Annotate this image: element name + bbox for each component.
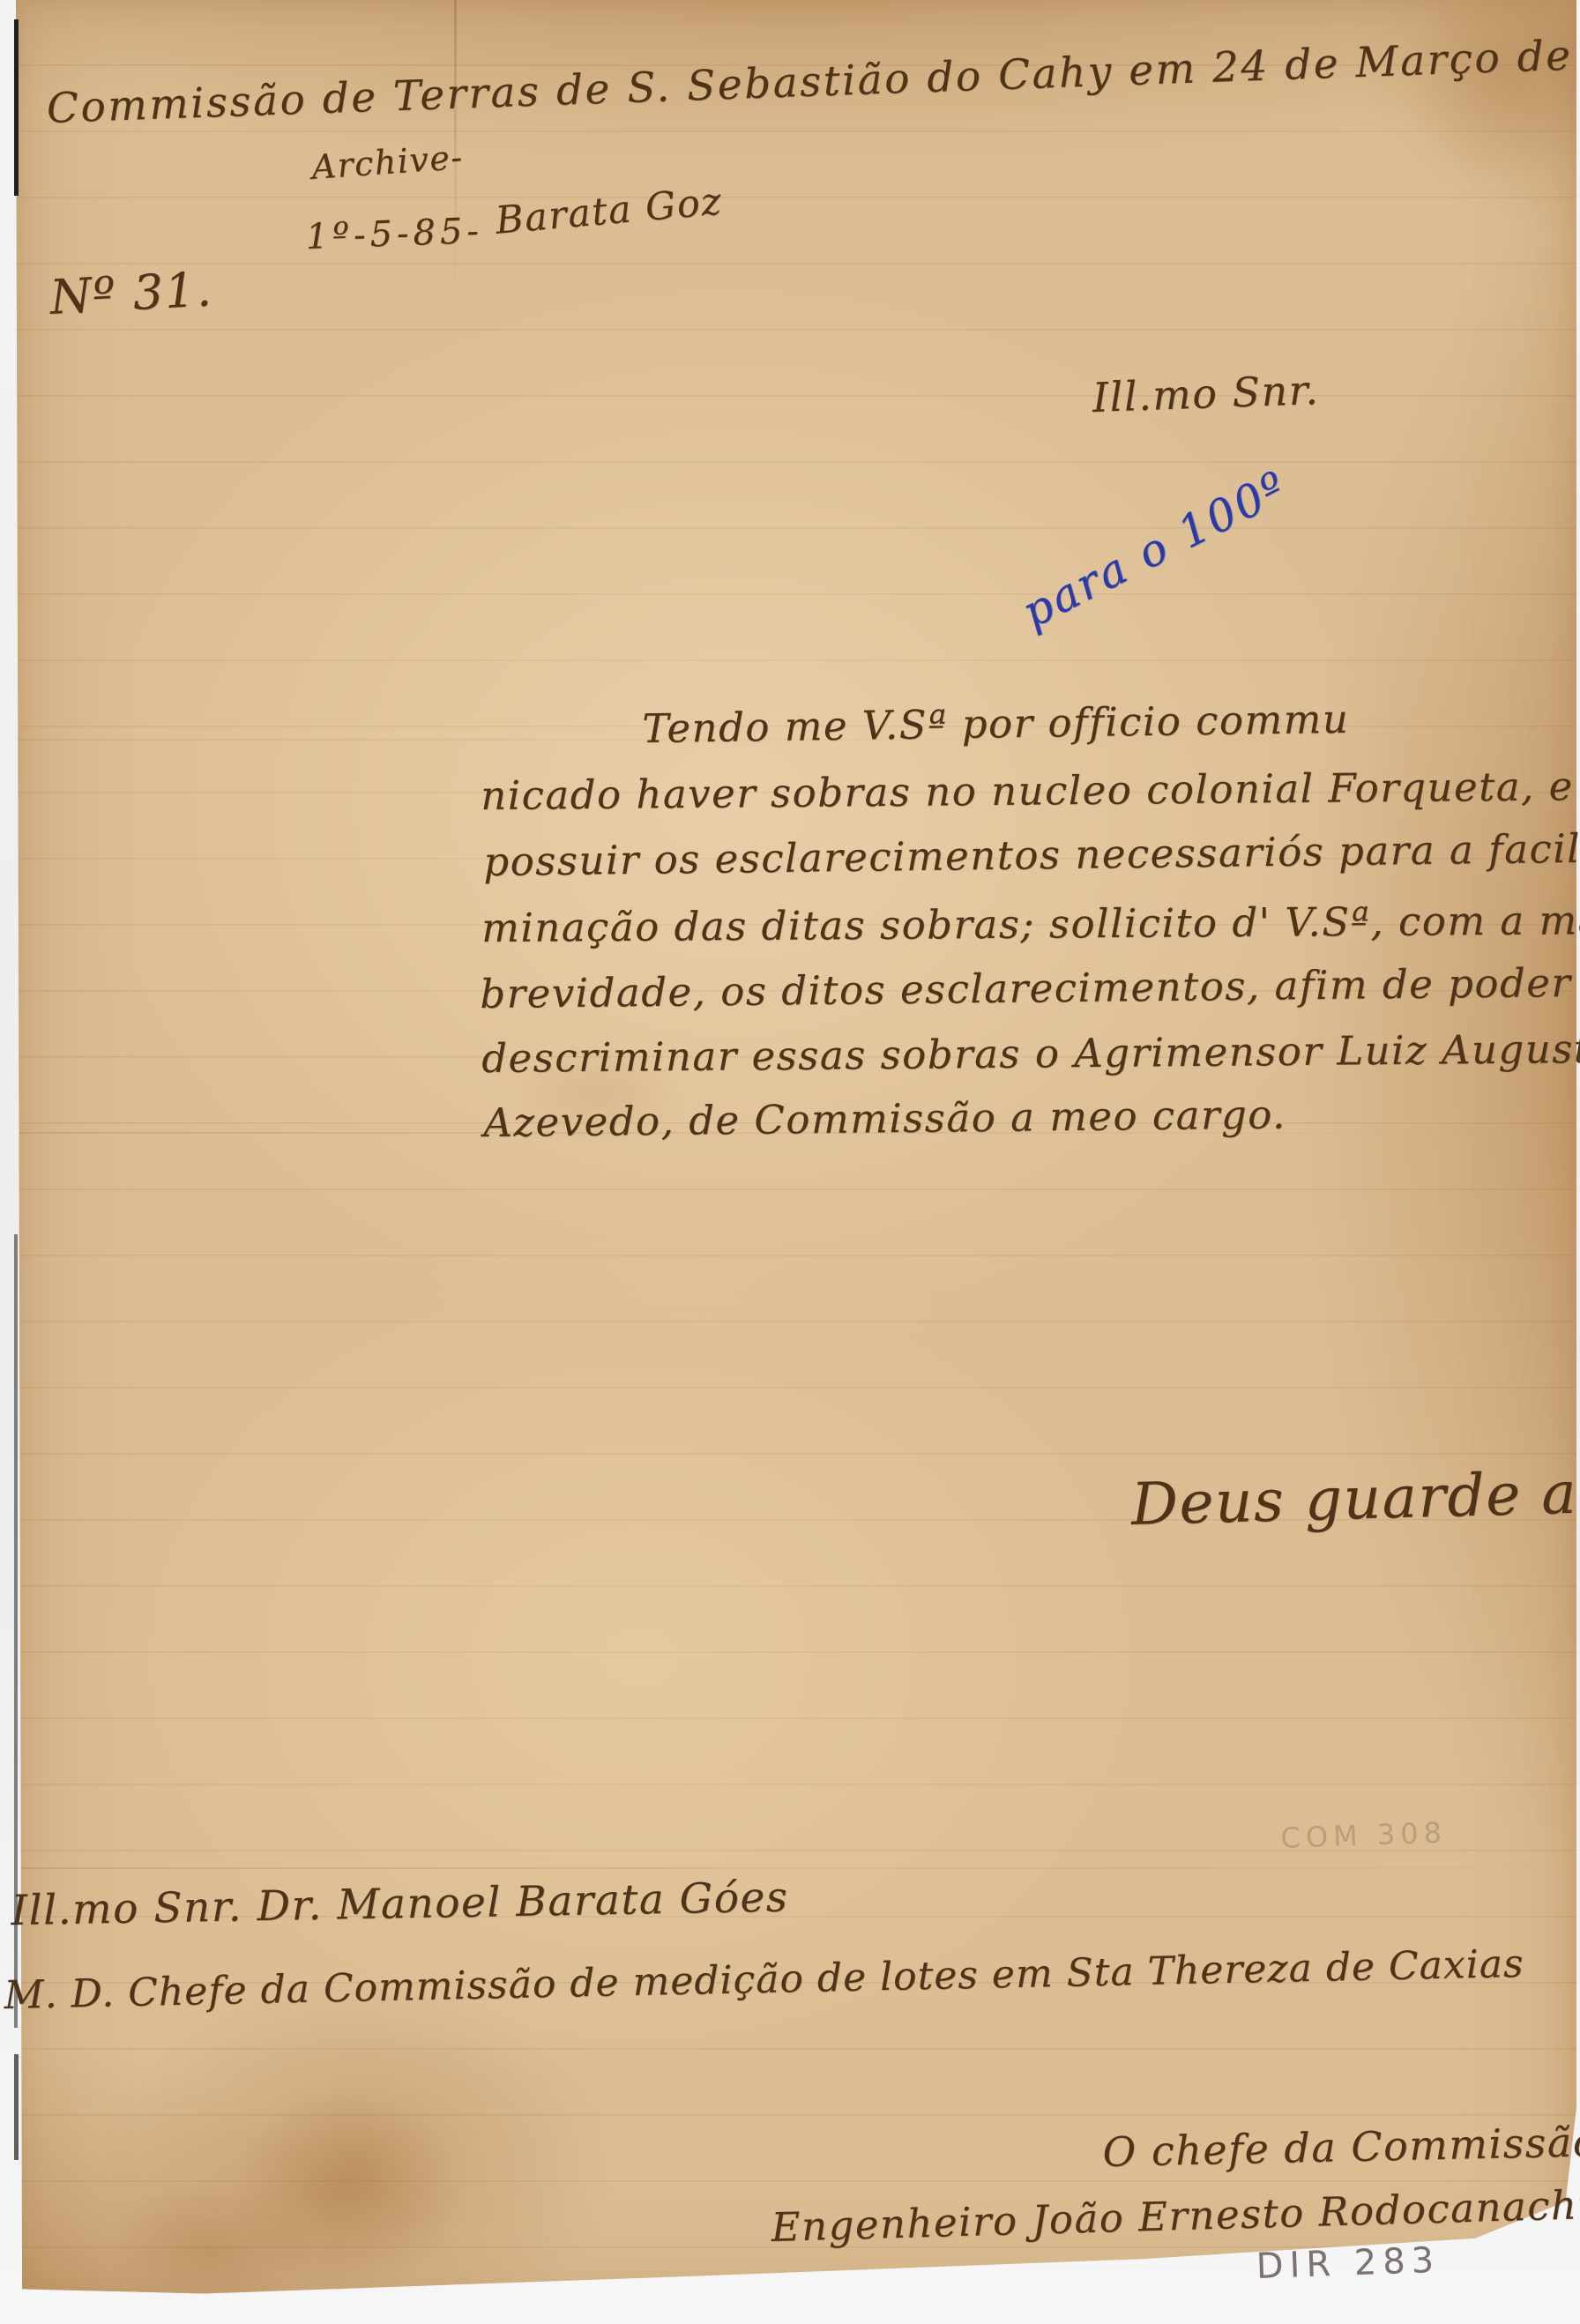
body-line: nicado haver sobras no nucleo colonial F… <box>481 763 1574 819</box>
stain-bottom-left <box>219 2081 474 2301</box>
signature-role-line: O chefe da Commissão <box>1102 2118 1580 2176</box>
body-line: Azevedo, de Commissão a meo cargo. <box>483 1091 1286 1146</box>
archive-date: 1º-5-85- <box>305 211 484 257</box>
document-number: Nº 31. <box>48 261 214 325</box>
body-line: Tendo me V.Sª por officio commu <box>642 696 1350 752</box>
stain-bottom-left-2 <box>95 2178 324 2319</box>
body-line: minação das ditas sobras; sollicito d' V… <box>481 896 1580 951</box>
body-line: descriminar essas sobras o Agrimensor Lu… <box>481 1024 1580 1082</box>
pencil-reference-mark: DIR 283 <box>1256 2240 1441 2287</box>
paper-edge-shadow-bottom <box>14 2054 19 2160</box>
crease-horizontal-2 <box>16 1867 1576 1869</box>
salutation: Ill.mo Snr. <box>1092 366 1320 421</box>
pencil-reference-mark-faint: COM 308 <box>1280 1815 1448 1855</box>
scanned-letter-page: { "doc": { "header_line": "Commissão de … <box>0 0 1580 2324</box>
stain-top-right <box>1391 0 1580 194</box>
